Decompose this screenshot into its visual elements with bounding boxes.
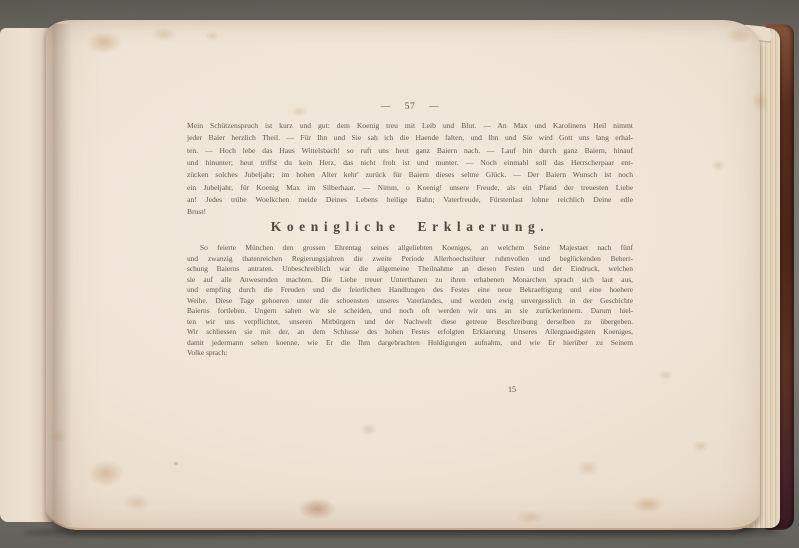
text-line: und empfing durch die Freuden und die fe…	[187, 285, 633, 296]
text-line: schung Baierns antraten. Unbeschreiblich…	[187, 264, 633, 275]
signature-mark: 15	[508, 385, 516, 394]
text-line: sie auf alle Anwesenden machten. Die Lie…	[187, 275, 633, 286]
chapter-heading: Koenigliche Erklaerung.	[187, 219, 633, 235]
text-line: Weihe. Diese Tage gehoeren unter die sch…	[187, 296, 633, 307]
text-line: an! Jedes trübe Woelkchen meide Deines L…	[187, 194, 633, 206]
photo-of-open-book: — 57 — Mein Schützenspruch ist kurz und …	[0, 0, 799, 548]
text-line: Wir schliessen sie mit der, an dem Schlu…	[187, 327, 633, 338]
text-line: jeder Baier herzlich Theil. — Für Ihn un…	[187, 132, 633, 144]
text-line: Brust!	[187, 206, 633, 218]
paragraph-erklaerung: So feierte München den grossen Ehrentag …	[187, 243, 633, 359]
paragraph-schuetzenspruch: Mein Schützenspruch ist kurz und gut: de…	[187, 120, 633, 219]
left-page-sliver	[0, 28, 52, 522]
text-line: und hinunter; heut triffst du kein Herz,…	[187, 157, 633, 169]
page-number: — 57 —	[187, 102, 633, 112]
text-line: zücken solches Jubeljahr; im hohen Alter…	[187, 169, 633, 181]
text-line: damit jedermann sehen koenne, wie Er die…	[187, 338, 633, 349]
text-line: ein Jubeljahr, für Koenig Max im Silberh…	[187, 182, 633, 194]
text-line: So feierte München den grossen Ehrentag …	[187, 243, 633, 254]
text-line: Baierns fortleben. Ungern sahen wir sie …	[187, 306, 633, 317]
text-line: und zwanzig thatenreichen Regierungsjahr…	[187, 254, 633, 265]
text-line: Mein Schützenspruch ist kurz und gut: de…	[187, 120, 633, 132]
text-line: ten. — Hoch lebe das Haus Wittelsbach! s…	[187, 145, 633, 157]
text-line: ten wir uns verpflichtet, unseren Mitbür…	[187, 317, 633, 328]
text-line: Volke sprach:	[187, 348, 633, 359]
